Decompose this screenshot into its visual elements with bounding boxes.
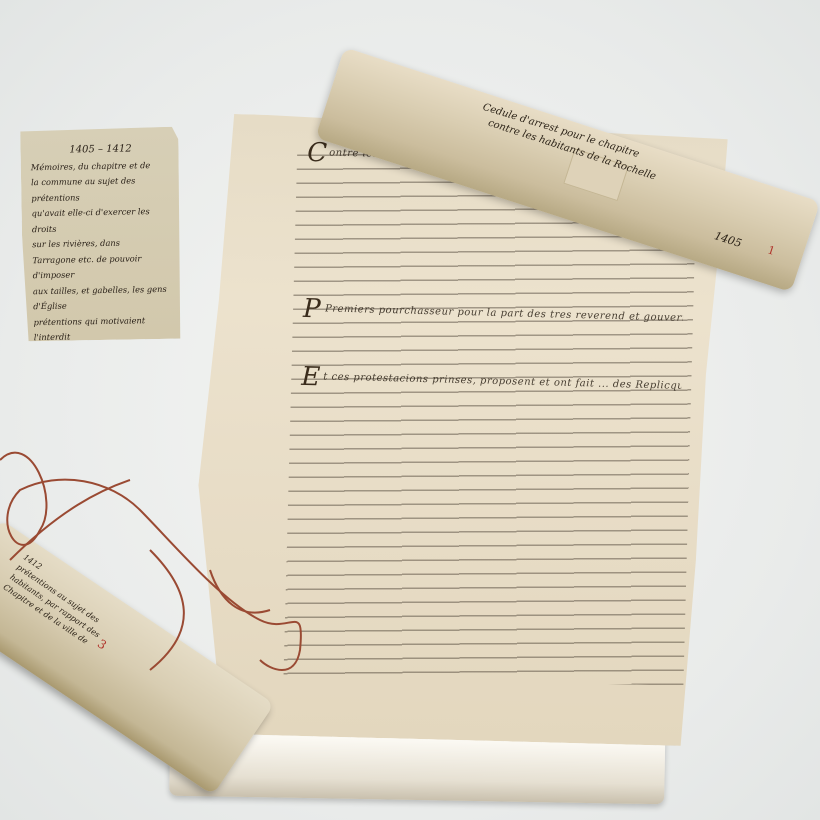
note-line: Mémoires, du chapitre et de — [31, 157, 171, 175]
roll-label-line-1: Cedule d'arrest pour le chapitre — [481, 102, 771, 200]
note-line: Thibaud de Bergerac — [34, 359, 174, 377]
handwritten-note-card: 1405 – 1412 Mémoires, du chapitre et de … — [20, 127, 182, 342]
roll-inscription: 1412 prétentions au sujet des habitants,… — [0, 552, 115, 651]
decorated-initial: C — [307, 138, 328, 169]
red-shelf-mark: 1 — [766, 243, 777, 258]
note-line: qu'avait elle-ci d'exercer les droits — [32, 204, 173, 237]
note-line: jeté sur la ville par l'archevêque — [34, 343, 174, 361]
note-line: Tarragone etc. de pouvoir d'imposer — [32, 250, 173, 283]
note-date: 1405 – 1412 — [30, 141, 170, 159]
decorated-initial: E — [301, 362, 321, 392]
photo-background: C ontre les cedules Replicques par devan… — [0, 0, 820, 820]
note-line: la commune au sujet des prétentions — [31, 173, 172, 206]
note-line: prétentions qui motivaient l'interdit — [33, 312, 174, 345]
roll-number: 1405 — [713, 229, 744, 250]
note-line: aux tailles, et gabelles, les gens d'Égl… — [33, 281, 174, 314]
decorated-initial: P — [303, 294, 321, 324]
